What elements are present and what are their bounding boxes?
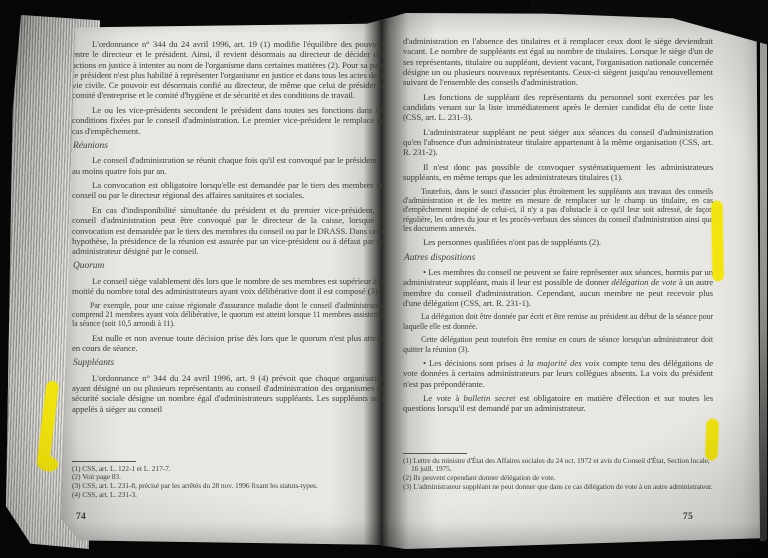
book-photo: L'ordonnance n° 344 du 24 avril 1996, ar… [0,0,768,558]
right-page: d'administration en l'absence des titula… [403,36,713,536]
paragraph: Le vote à bulletin secret est obligatoir… [403,393,713,414]
page-number-left: 74 [76,512,86,522]
page-number-right: 75 [683,512,693,522]
highlighter-mark-right-margin-1 [711,201,723,281]
section-heading-suppleants: Suppléants [73,358,385,368]
small-print-paragraph: Cette délégation peut toutefois être rem… [403,335,713,354]
section-heading-autres-dispositions: Autres dispositions [404,253,713,263]
footnote: (1) Lettre du ministre d'État des Affair… [403,457,713,475]
right-page-edge [760,14,767,541]
paragraph: Les fonctions de suppléant des représent… [403,92,713,123]
bullet-paragraph: • Les décisions sont prises à la majorit… [403,358,713,389]
section-heading-reunions: Réunions [73,141,385,151]
paragraph: En cas d'indisponibilité simultanée du p… [72,205,385,256]
footnote: (4) CSS, art. L. 231-3. [72,491,385,500]
highlighter-mark-right-margin-2 [705,419,718,460]
paragraph: Est nulle et non avenue toute décision p… [72,333,385,354]
book-spread: L'ordonnance n° 344 du 24 avril 1996, ar… [58,13,760,549]
left-page: L'ordonnance n° 344 du 24 avril 1996, ar… [72,39,385,535]
text-run: • Les décisions sont prises [423,358,519,368]
footnotes-right: (1) Lettre du ministre d'État des Affair… [403,453,713,492]
paragraph: Le conseil d'administration se réunit ch… [72,155,385,176]
italic-text-run: à la majorité des voix [519,358,599,368]
italic-text-run: délégation de vote [611,277,676,287]
footnote-rule [403,453,467,454]
footnote: (3) L'administrateur suppléant ne peut d… [403,483,713,492]
small-print-paragraph: La délégation doit être donnée par écrit… [403,312,713,331]
bullet-paragraph: • Les membres du conseil ne peuvent se f… [403,267,713,308]
italic-text-run: bulletin secret [463,393,515,403]
paragraph: L'administrateur suppléant ne peut siége… [403,127,713,158]
paragraph: La convocation est obligatoire lorsqu'el… [72,180,385,201]
small-print-paragraph: Par exemple, pour une caisse régionale d… [72,301,385,329]
small-print-paragraph: Toutefois, dans le souci d'associer plus… [403,187,713,233]
paragraph: Le conseil siège valablement dès lors qu… [72,276,385,297]
paragraph: Le ou les vice-présidents secondent le p… [72,105,385,136]
paragraph: Les personnes qualifiées n'ont pas de su… [403,237,713,247]
footnotes-left: (1) CSS, art. L. 122-1 et L. 217-7. (2) … [72,461,385,500]
text-run: Le vote à [423,393,463,403]
paragraph: Il n'est donc pas possible de convoquer … [403,162,713,183]
paragraph: L'ordonnance n° 344 du 24 avril 1996, ar… [72,373,385,414]
section-heading-quorum: Quorum [73,261,385,271]
paragraph: d'administration en l'absence des titula… [403,36,713,87]
paragraph: L'ordonnance n° 344 du 24 avril 1996, ar… [72,39,385,101]
footnote-rule [72,461,136,462]
